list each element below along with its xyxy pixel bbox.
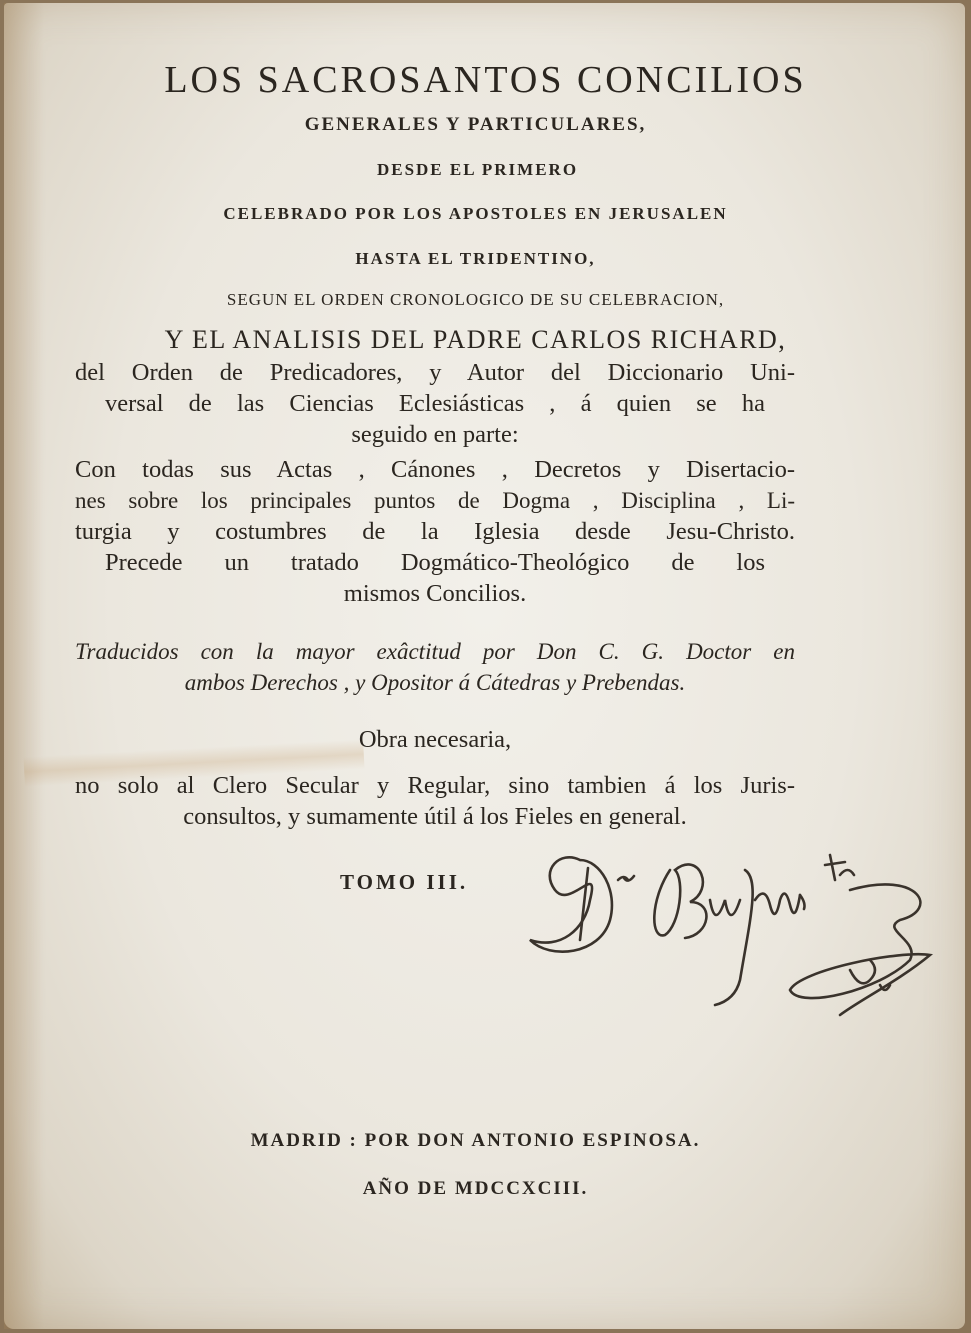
imprint-line: MADRID : POR DON ANTONIO ESPINOSA. [0,1130,961,1152]
subtitle-line-3: CELEBRADO POR LOS APOSTOLES EN JERUSALEN [0,204,961,224]
contents-paragraph: Con todas sus Actas , Cánones , Decretos… [75,454,795,609]
subtitle-line-1: GENERALES Y PARTICULARES, [0,114,961,136]
contents-line-5: mismos Concilios. [75,578,795,609]
author-paragraph: del Orden de Predicadores, y Autor del D… [75,357,795,450]
translator-line-1: Traducidos con la mayor exâctitud por Do… [75,636,795,667]
handwritten-signature-icon [500,840,960,1040]
author-line-2: versal de las Ciencias Eclesiásticas , á… [75,388,795,419]
subtitle-line-4: HASTA EL TRIDENTINO, [0,249,961,269]
volume-label: TOMO III. [340,870,468,895]
year-line: AÑO DE MDCCXCIII. [0,1178,961,1200]
author-line-1: del Orden de Predicadores, y Autor del D… [75,357,795,388]
author-line-3: seguido en parte: [75,419,795,450]
subtitle-line-6: Y EL ANALISIS DEL PADRE CARLOS RICHARD, [0,325,961,355]
obra-heading: Obra necesaria, [75,724,795,755]
translator-paragraph: Traducidos con la mayor exâctitud por Do… [75,636,795,698]
book-title: LOS SACROSANTOS CONCILIOS [0,58,971,102]
contents-line-1: Con todas sus Actas , Cánones , Decretos… [75,454,795,485]
obra-line-2: consultos, y sumamente útil á los Fieles… [75,801,795,832]
subtitle-line-5: SEGUN EL ORDEN CRONOLOGICO DE SU CELEBRA… [0,290,961,310]
contents-line-2: nes sobre los principales puntos de Dogm… [75,485,795,516]
contents-line-3: turgia y costumbres de la Iglesia desde … [75,516,795,547]
subtitle-line-2: DESDE EL PRIMERO [0,160,963,180]
translator-line-2: ambos Derechos , y Opositor á Cátedras y… [75,667,795,698]
obra-line-1: no solo al Clero Secular y Regular, sino… [75,770,795,801]
contents-line-4: Precede un tratado Dogmático-Theológico … [75,547,795,578]
obra-paragraph: no solo al Clero Secular y Regular, sino… [75,770,795,832]
